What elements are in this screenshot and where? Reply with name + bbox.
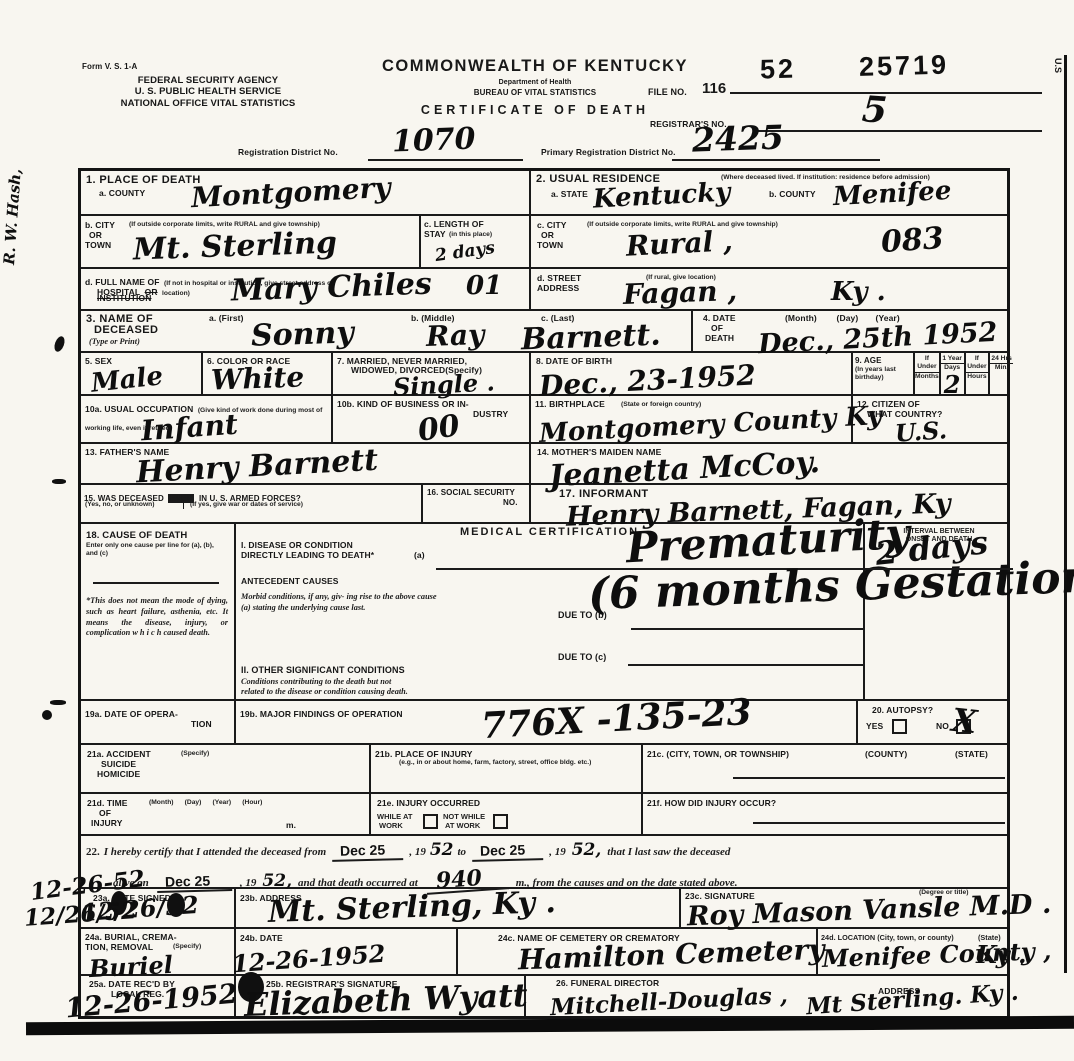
registrars-no-value: 5 <box>861 91 889 129</box>
city-label-town: TOWN <box>85 240 111 250</box>
scan-edge-line <box>1064 55 1067 973</box>
age-col-min: Min. <box>990 363 1013 372</box>
primary-district-line <box>672 159 880 161</box>
injury-c-county-label: (COUNTY) <box>865 749 907 759</box>
funeral-director-value: Mitchell-Douglas , <box>550 984 789 1019</box>
certification-text-1: I hereby certify that I attended the dec… <box>104 846 326 858</box>
first-name-label: a. (First) <box>209 313 244 323</box>
ssn-label-2: NO. <box>503 498 518 508</box>
certification-19-3: , 19 <box>240 877 257 889</box>
field-burial-type: 24a. BURIAL, CREMA- TION, REMOVAL (Speci… <box>81 929 236 974</box>
field-place-of-death: 1. PLACE OF DEATH a. COUNTY Montgomery <box>81 171 531 214</box>
field-injury-occurred: 21e. INJURY OCCURRED WHILE AT WORK NOT W… <box>371 794 643 834</box>
certification-year-2: 52, <box>572 842 602 859</box>
age-col-days-top: 1 Year <box>941 355 964 363</box>
date-of-death-label-2: OF <box>711 323 723 333</box>
race-value: White <box>211 363 305 394</box>
field-cemetery-location: 24d. LOCATION (City, town, or county) (S… <box>818 929 1013 974</box>
autopsy-label: 20. AUTOPSY? <box>872 705 933 715</box>
field-sex: 5. SEX Male <box>81 353 203 394</box>
age-note: (In years last birthday) <box>855 366 913 383</box>
ink-blot <box>42 710 52 720</box>
due-c-label: DUE TO (c) <box>558 652 606 663</box>
not-while-at-work-checkbox <box>493 814 508 829</box>
hospital-note-2: location) <box>162 290 190 297</box>
armed-forces-note-2: (If yes, give war or dates of service) <box>183 501 303 509</box>
date-of-death-columns: (Month) (Day) (Year) <box>785 313 900 323</box>
age-col-hours-top: If Under <box>966 355 989 372</box>
field-marital-status: 7. MARRIED, NEVER MARRIED, WIDOWED, DIVO… <box>333 353 531 394</box>
injury-e-while-label-2: WORK <box>379 821 403 830</box>
hospital-code: 01 <box>466 273 502 299</box>
autopsy-yes-checkbox <box>892 719 907 734</box>
field-color-or-race: 6. COLOR OR RACE White <box>203 353 333 394</box>
field-cemetery-name: 24c. NAME OF CEMETERY OR CREMATORY Hamil… <box>458 929 818 974</box>
county-value: Montgomery <box>190 174 391 212</box>
field-physician-signature: 23c. SIGNATURE (Degree or title) Roy Mas… <box>681 889 1013 927</box>
hospital-value: Mary Chiles <box>231 270 433 307</box>
name-note: (Type or Print) <box>89 337 140 348</box>
residence-city-value: Rural , <box>625 227 733 261</box>
certificate-title: CERTIFICATE OF DEATH <box>345 103 725 117</box>
primary-district-label: Primary Registration District No. <box>541 147 676 157</box>
burial-date-value: 12-26-1952 <box>231 942 386 977</box>
residence-city-town: TOWN <box>537 240 563 250</box>
registrar-signature-value: Elizabeth Wyatt <box>244 979 529 1021</box>
certification-text-2: that I last saw the deceased <box>607 846 730 858</box>
cause-divider <box>93 582 219 584</box>
state-label: a. STATE <box>551 189 588 199</box>
middle-name-value: Ray <box>426 321 485 351</box>
residence-city-label: c. CITY <box>537 220 567 230</box>
hospital-struck-institution: INSTITUTION <box>97 293 151 303</box>
autopsy-no-label: NO <box>936 721 949 731</box>
cemetery-value: Hamilton Cemetery <box>518 936 825 975</box>
name-label-2: DECEASED <box>94 324 158 337</box>
other-conditions-note-2: related to the disease or condition caus… <box>241 687 408 698</box>
residence-city-code: 083 <box>880 224 945 258</box>
age-col-min-top: 24 Hrs <box>990 355 1013 363</box>
certification-19-1: , 19 <box>409 846 426 858</box>
registration-district-line <box>368 159 523 161</box>
certification-number: 22. <box>86 846 100 858</box>
business-label: 10b. KIND OF BUSINESS OR IN- <box>337 399 469 409</box>
field-autopsy: 20. AUTOPSY? YES NO X <box>858 701 1013 743</box>
while-at-work-checkbox <box>423 814 438 829</box>
ssn-label: 16. SOCIAL SECURITY <box>427 488 515 498</box>
dob-label: 8. DATE OF BIRTH <box>536 356 612 366</box>
field-place-of-injury: 21b. PLACE OF INJURY (e.g., in or about … <box>371 745 643 792</box>
stay-label: c. LENGTH OF <box>424 219 484 229</box>
burial-type-label: 24a. BURIAL, CREMA- <box>85 932 177 942</box>
antecedent-note: Morbid conditions, if any, giv- ing rise… <box>241 592 446 614</box>
file-no-printed: 116 <box>702 80 726 97</box>
field-accident-suicide-homicide: 21a. ACCIDENT SUICIDE HOMICIDE (Specify) <box>81 745 371 792</box>
field-citizen: 12. CITIZEN OF WHAT COUNTRY? U.S. <box>853 396 1013 442</box>
cemetery-location-state-value: Ky . <box>976 943 1026 967</box>
burial-date-label: 24b. DATE <box>240 933 283 943</box>
injury-d-m-label: m. <box>286 820 296 830</box>
street-label: d. STREET <box>537 273 581 283</box>
street-value: Fagan , <box>623 277 738 309</box>
agency-line: NATIONAL OFFICE VITAL STATISTICS <box>78 98 338 109</box>
certification-text-4: and that death occurred at <box>298 877 418 889</box>
residence-county-label: b. COUNTY <box>769 189 816 199</box>
field-residence-city: c. CITY OR TOWN (If outside corporate li… <box>531 216 1013 267</box>
citizen-label: 12. CITIZEN OF <box>857 399 920 409</box>
disease-label: I. DISEASE OR CONDITION <box>241 540 353 550</box>
sex-label: 5. SEX <box>85 356 112 366</box>
field-time-of-injury: 21d. TIME OF INJURY (Month) (Day) (Year)… <box>81 794 371 834</box>
injury-f-blank-line <box>753 822 1005 824</box>
injury-a-label: 21a. ACCIDENT <box>87 749 151 759</box>
field-interval: INTERVAL BETWEEN ONSET AND DEATH 2 days <box>865 524 1013 699</box>
findings-label: 19b. MAJOR FINDINGS OF OPERATION <box>240 709 403 719</box>
city-label-or: OR <box>89 230 102 240</box>
residence-city-or: OR <box>541 230 554 240</box>
city-value: Mt. Sterling <box>133 228 338 265</box>
funeral-director-label: 26. FUNERAL DIRECTOR <box>556 978 659 988</box>
field-street-address: d. STREET ADDRESS (If rural, give locati… <box>531 269 1013 309</box>
dob-value: Dec., 23-1952 <box>538 361 756 400</box>
armed-forces-note-1: (Yes, no, or unknown) <box>85 501 154 509</box>
field-fathers-name: 13. FATHER'S NAME Henry Barnett <box>81 444 531 483</box>
due-b-line <box>631 628 865 630</box>
certification-year-3: 52, <box>262 873 292 890</box>
residence-county-value: Menifee <box>832 178 952 210</box>
ink-blot <box>50 700 66 705</box>
certification-to-date: Dec 25 <box>472 841 544 862</box>
certification-year-1: 52 <box>430 842 454 859</box>
injury-e-notwhile-label-2: AT WORK <box>445 821 480 830</box>
field-date-of-birth: 8. DATE OF BIRTH Dec., 23-1952 <box>531 353 853 394</box>
injury-d-label-2: OF <box>99 808 111 818</box>
funeral-address-value: Mt Sterling. Ky . <box>805 981 1019 1019</box>
autopsy-yes-label: YES <box>866 721 883 731</box>
due-c-line <box>628 664 865 666</box>
operation-date-label-2: TION <box>191 719 212 729</box>
ink-blot <box>52 479 66 484</box>
age-col-months-top: If Under <box>915 355 939 372</box>
field-business: 10b. KIND OF BUSINESS OR IN- DUSTRY 00 <box>333 396 531 442</box>
margin-right-text: U.S <box>1053 58 1063 73</box>
first-name-value: Sonny <box>251 318 355 352</box>
field-usual-residence: 2. USUAL RESIDENCE (Where deceased lived… <box>531 171 1013 214</box>
city-label: b. CITY <box>85 220 115 230</box>
age-col-months: Months <box>915 372 939 381</box>
ink-blot <box>53 335 67 353</box>
field-birthplace: 11. BIRTHPLACE (State or foreign country… <box>531 396 853 442</box>
agency-line: U. S. PUBLIC HEALTH SERVICE <box>78 86 338 97</box>
findings-value: 776X -135-23 <box>480 694 752 744</box>
disease-label-2: DIRECTLY LEADING TO DEATH* <box>241 550 374 560</box>
street-label-2: ADDRESS <box>537 283 579 293</box>
state-value: Kentucky <box>592 179 731 212</box>
disease-a-label: (a) <box>414 550 425 560</box>
fathers-name-value: Henry Barnett <box>135 446 378 489</box>
certification-from-date: Dec 25 <box>332 841 404 862</box>
field-burial-date: 24b. DATE 12-26-1952 <box>236 929 458 974</box>
file-no-label: FILE NO. <box>648 87 687 98</box>
field-occupation: 10a. USUAL OCCUPATION (Give kind of work… <box>81 396 333 442</box>
field-cause-of-death-sidebar: 18. CAUSE OF DEATH Enter only one cause … <box>81 524 236 699</box>
field-city-of-death: b. CITY OR TOWN (If outside corporate li… <box>81 216 421 267</box>
date-of-death-label: 4. DATE <box>703 313 736 323</box>
primary-district-value: 2425 <box>691 120 784 156</box>
last-name-value: Barnett. <box>521 321 662 356</box>
field-date-of-operation: 19a. DATE OF OPERA- TION <box>81 701 236 743</box>
field-how-injury-occurred: 21f. HOW DID INJURY OCCUR? <box>643 794 1013 834</box>
birthplace-label: 11. BIRTHPLACE <box>535 399 605 409</box>
registration-district-label: Registration District No. <box>238 147 338 157</box>
citizen-value: U.S. <box>894 418 947 446</box>
field-mothers-maiden-name: 14. MOTHER'S MAIDEN NAME Jeanetta McCoy. <box>531 444 1013 483</box>
injury-b-label: 21b. PLACE OF INJURY <box>375 749 473 759</box>
interval-value: 2 days <box>874 526 990 570</box>
birthplace-note: (State or foreign country) <box>621 401 701 409</box>
injury-d-label: 21d. TIME <box>87 798 128 808</box>
county-label: a. COUNTY <box>99 188 145 198</box>
occupation-value: Infant <box>140 411 239 446</box>
age-days-value: 2 <box>941 373 964 397</box>
field-funeral-director: 26. FUNERAL DIRECTOR ADDRESS Mitchell-Do… <box>526 976 1013 1016</box>
injury-b-note: (e.g., in or about home, farm, factory, … <box>399 759 619 767</box>
agency-line: FEDERAL SECURITY AGENCY <box>78 75 338 86</box>
field-certification-statement: 22. I hereby certify that I attended the… <box>81 836 1007 889</box>
field-registrar-signature: 25b. REGISTRAR'S SIGNATURE Elizabeth Wya… <box>236 976 526 1016</box>
injury-d-columns: (Month) (Day) (Year) (Hour) <box>149 799 262 807</box>
margin-left-handwriting: R. W. Hash, <box>2 95 29 266</box>
field-medical-certification: MEDICAL CERTIFICATION I. DISEASE OR COND… <box>236 524 865 699</box>
cause-note: Enter only one cause per line for (a), (… <box>86 542 226 559</box>
agency-block: FEDERAL SECURITY AGENCY U. S. PUBLIC HEA… <box>78 75 338 109</box>
other-conditions-title: II. OTHER SIGNIFICANT CONDITIONS <box>241 665 405 676</box>
field-armed-forces: 15. WAS DECEASED EVER IN U. S. ARMED FOR… <box>81 485 423 522</box>
certification-19-2: , 19 <box>549 846 566 858</box>
injury-e-notwhile-label: NOT WHILE <box>443 812 485 821</box>
street-state-value: Ky . <box>831 279 886 305</box>
field-signer-address: 23b. ADDRESS Mt. Sterling, Ky . <box>236 889 681 927</box>
field-hospital-name: d. FULL NAME OF (If not in hospital or i… <box>81 269 531 309</box>
field-name-of-deceased: 3. NAME OF DECEASED (Type or Print) a. (… <box>81 311 693 351</box>
autopsy-no-mark: X <box>950 704 978 738</box>
field-date-received: 25a. DATE REC'D BY LOCAL REG. 12-26-1952 <box>81 976 236 1016</box>
signer-address-value: Mt. Sterling, Ky . <box>268 888 557 928</box>
injury-a-note: (Specify) <box>181 750 209 758</box>
date-of-death-label-3: DEATH <box>705 333 734 343</box>
field-operation-findings: 19b. MAJOR FINDINGS OF OPERATION 776X -1… <box>236 701 858 743</box>
stay-label-2: STAY <box>424 229 446 239</box>
commonwealth-title: COMMONWEALTH OF KENTUCKY <box>345 57 725 76</box>
operation-date-label: 19a. DATE OF OPERA- <box>85 709 178 719</box>
certification-to-word: to <box>457 846 466 858</box>
injury-c-blank-line <box>733 777 1005 779</box>
residence-city-note: (If outside corporate limits, write RURA… <box>587 221 887 229</box>
injury-d-label-3: INJURY <box>91 818 122 828</box>
injury-e-while-label: WHILE AT <box>377 812 412 821</box>
antecedent-title: ANTECEDENT CAUSES <box>241 576 339 586</box>
injury-f-label: 21f. HOW DID INJURY OCCUR? <box>647 798 776 808</box>
field-age: 9. AGE (In years last birthday) If Under… <box>853 353 1013 394</box>
cause-title: 18. CAUSE OF DEATH <box>86 530 187 541</box>
field-length-of-stay: c. LENGTH OF STAY (in this place) 2 days <box>421 216 531 267</box>
injury-c-state-label: (STATE) <box>955 749 988 759</box>
file-no-stamped-value: 52 25719 <box>760 50 950 86</box>
business-label-2: DUSTRY <box>473 409 508 419</box>
certificate-form: 1. PLACE OF DEATH a. COUNTY Montgomery 2… <box>78 168 1010 1019</box>
form-number: Form V. S. 1-A <box>82 62 137 72</box>
registration-district-value: 1070 <box>392 125 476 158</box>
death-certificate-scan: R. W. Hash, U.S Form V. S. 1-A FEDERAL S… <box>0 0 1074 1061</box>
registrars-no-line <box>755 130 1042 132</box>
place-of-death-title: 1. PLACE OF DEATH <box>86 174 201 187</box>
injury-e-label: 21e. INJURY OCCURRED <box>377 798 480 808</box>
cause-footnote: *This does not mean the mode of dying, s… <box>86 596 228 639</box>
field-injury-location: 21c. (CITY, TOWN, OR TOWNSHIP) (COUNTY) … <box>643 745 1013 792</box>
ink-blot <box>167 893 185 917</box>
injury-c-label: 21c. (CITY, TOWN, OR TOWNSHIP) <box>647 749 789 759</box>
age-label: 9. AGE <box>855 356 882 366</box>
injury-a-label-2: SUICIDE <box>101 759 136 769</box>
injury-a-label-3: HOMICIDE <box>97 769 140 779</box>
sex-value: Male <box>90 363 164 396</box>
business-value: 00 <box>416 411 462 447</box>
age-col-hours: Hours <box>966 372 989 381</box>
birthplace-value: Montgomery County Ky <box>539 403 883 447</box>
burial-type-note: (Specify) <box>173 943 201 951</box>
stay-value: 2 days <box>434 240 496 265</box>
field-social-security: 16. SOCIAL SECURITY NO. <box>423 485 531 522</box>
field-date-of-death: 4. DATE OF DEATH (Month) (Day) (Year) De… <box>693 311 1013 351</box>
interval-box-line <box>865 568 1013 570</box>
